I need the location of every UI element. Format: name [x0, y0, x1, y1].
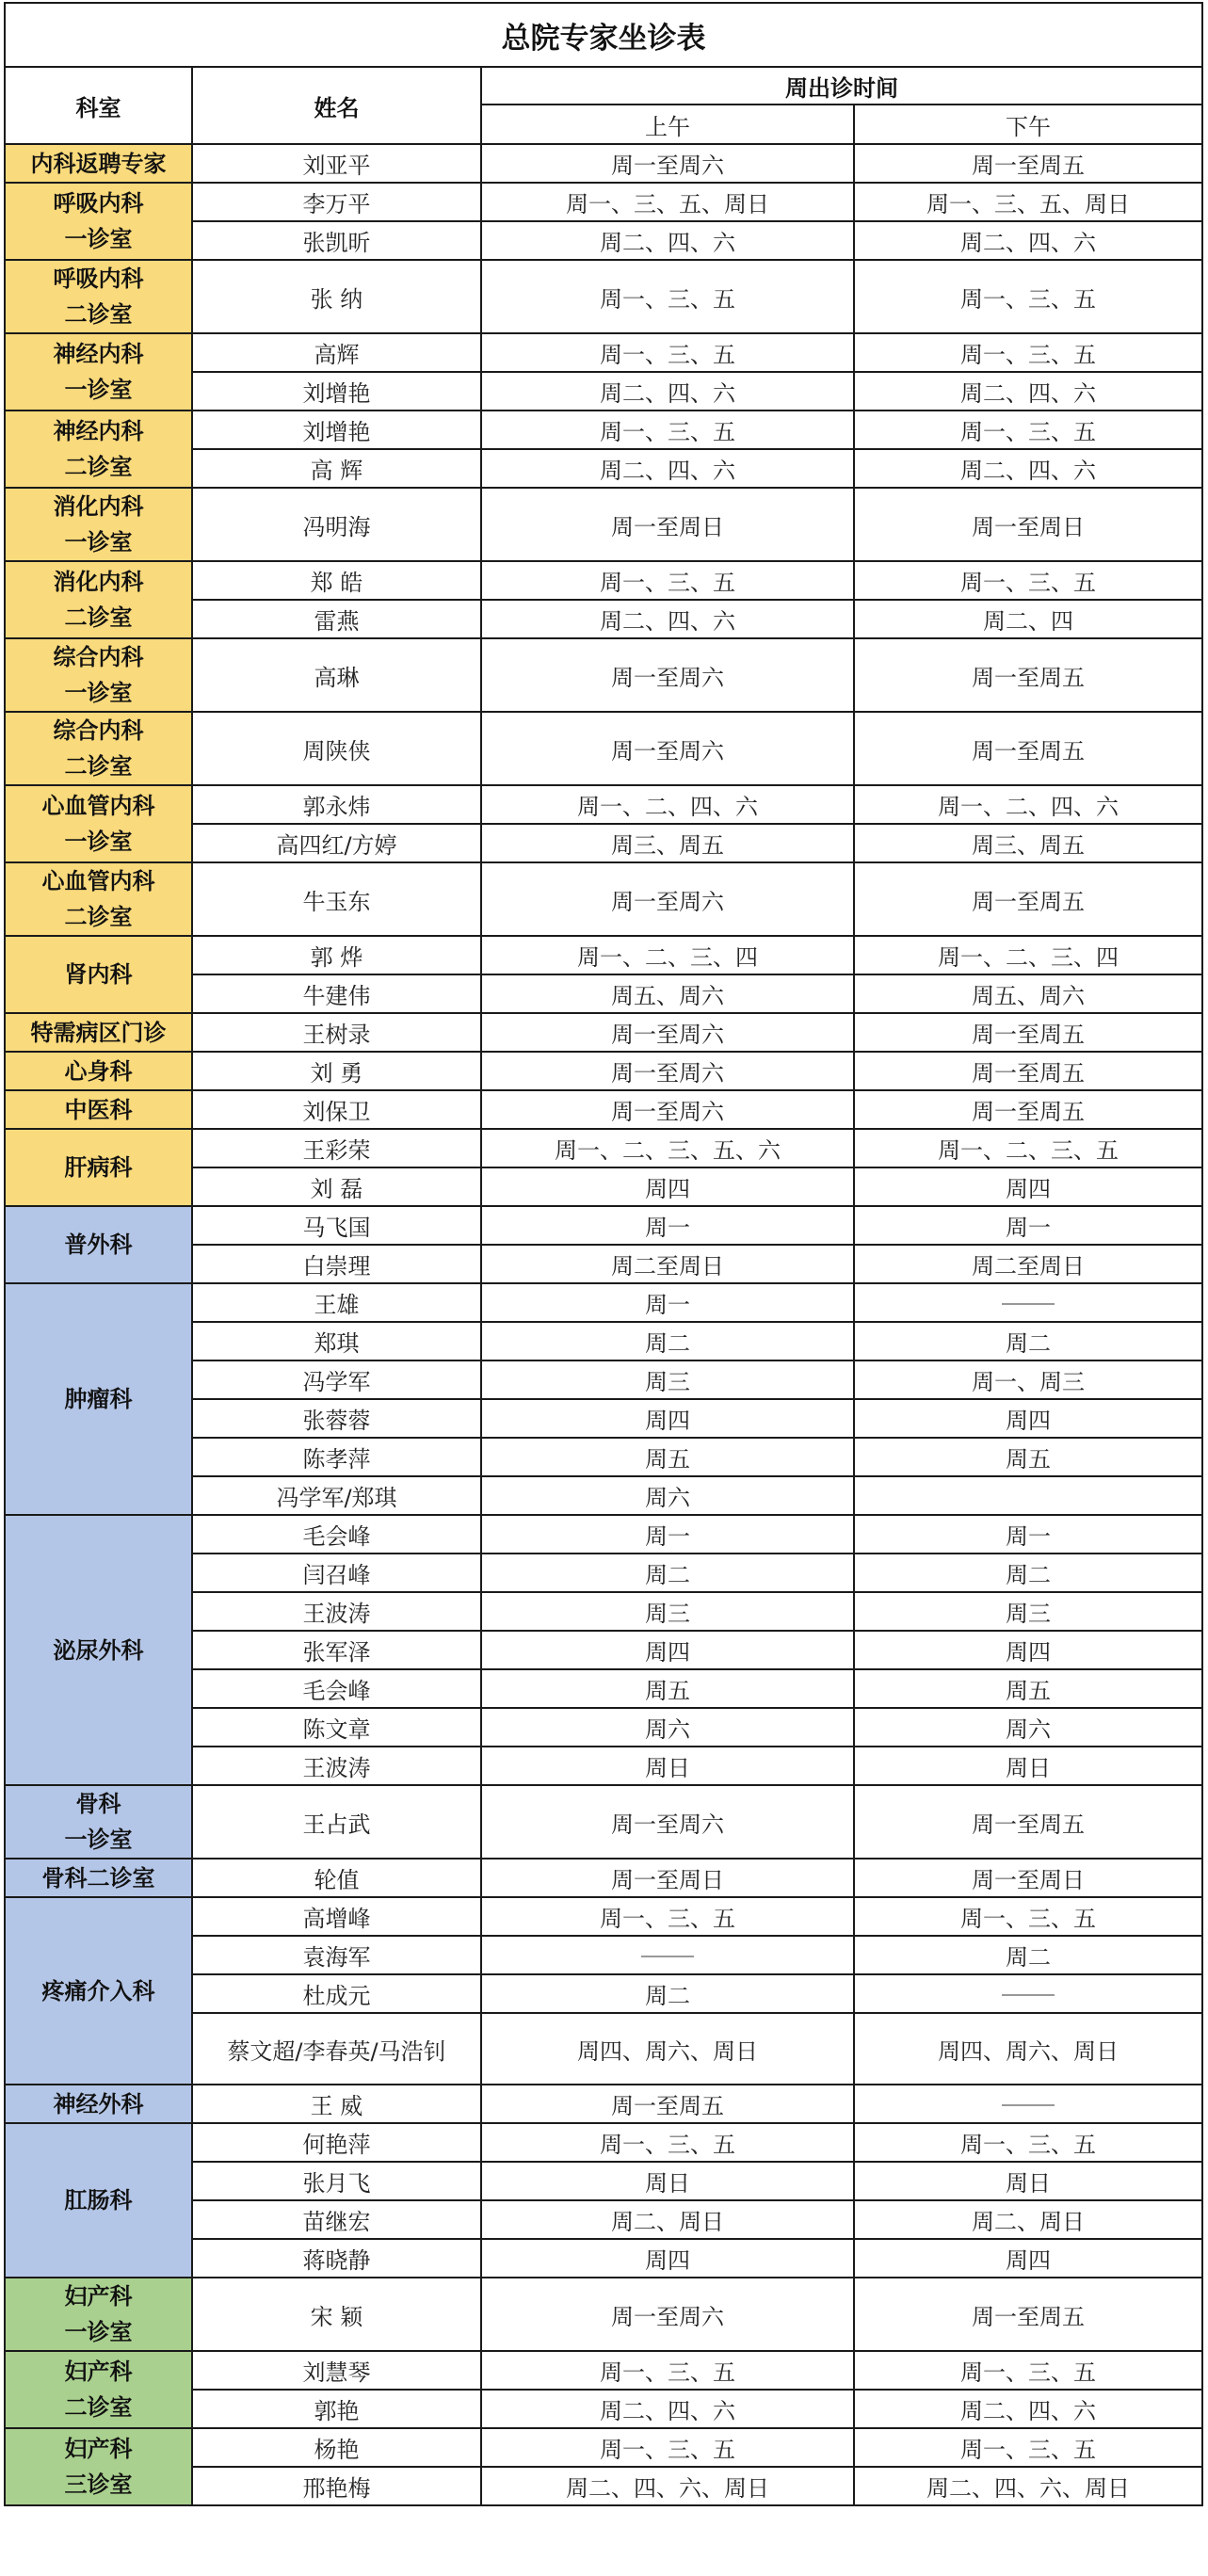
department-cell: 心血管内科一诊室	[5, 785, 192, 862]
afternoon-schedule-cell: 周一、三、五	[854, 260, 1202, 333]
morning-schedule-cell: 周一至周六	[481, 1013, 854, 1052]
afternoon-schedule-cell: 周一、二、四、六	[854, 785, 1202, 824]
doctor-name-cell: 陈文章	[192, 1708, 481, 1747]
table-row: 肿瘤科王雄周一	[5, 1283, 1202, 1322]
table-row: 妇产科三诊室杨艳周一、三、五周一、三、五	[5, 2428, 1202, 2467]
header-afternoon: 下午	[854, 105, 1202, 144]
department-label-line: 妇产科	[6, 2278, 191, 2314]
department-cell: 心身科	[5, 1052, 192, 1090]
table-row: 心身科刘 勇周一至周六周一至周五	[5, 1052, 1202, 1090]
table-row: 神经内科一诊室高辉周一、三、五周一、三、五	[5, 333, 1202, 372]
table-row: 心血管内科二诊室牛玉东周一至周六周一至周五	[5, 862, 1202, 936]
table-row: 综合内科二诊室周陕侠周一至周六周一至周五	[5, 712, 1202, 785]
department-cell: 消化内科一诊室	[5, 488, 192, 561]
department-label-line: 泌尿外科	[6, 1633, 191, 1668]
header-weekly-schedule: 周出诊时间	[481, 67, 1202, 105]
afternoon-schedule-cell: 周六	[854, 1708, 1202, 1747]
afternoon-schedule-cell: 周一	[854, 1206, 1202, 1245]
morning-schedule-cell: 周一至周六	[481, 1052, 854, 1090]
afternoon-schedule-cell: 周二、四、六	[854, 2390, 1202, 2428]
doctor-name-cell: 闫召峰	[192, 1554, 481, 1592]
department-cell: 呼吸内科一诊室	[5, 183, 192, 260]
afternoon-schedule-cell: 周一、三、五、周日	[854, 183, 1202, 221]
department-label-line: 一诊室	[6, 1822, 191, 1858]
afternoon-schedule-cell: 周一、三、五	[854, 2351, 1202, 2390]
morning-schedule-cell: 周四、周六、周日	[481, 2013, 854, 2085]
morning-schedule-cell: 周二、四、六	[481, 449, 854, 488]
doctor-name-cell: 高四红/方婷	[192, 824, 481, 862]
expert-schedule-table: 总院专家坐诊表 科室 姓名 周出诊时间 上午 下午 内科返聘专家刘亚平周一至周六…	[4, 2, 1203, 2506]
table-row: 肾内科郭 烨周一、二、三、四周一、二、三、四	[5, 936, 1202, 974]
department-cell: 综合内科二诊室	[5, 712, 192, 785]
department-label-line: 疼痛介入科	[6, 1973, 191, 2009]
department-cell: 综合内科一诊室	[5, 638, 192, 712]
morning-schedule-cell: 周四	[481, 1167, 854, 1206]
doctor-name-cell: 王树录	[192, 1013, 481, 1052]
department-label-line: 骨科二诊室	[6, 1860, 191, 1896]
doctor-name-cell: 邢艳梅	[192, 2467, 481, 2505]
afternoon-schedule-cell: 周一	[854, 1515, 1202, 1554]
morning-schedule-cell: 周一、三、五	[481, 333, 854, 372]
department-cell: 妇产科三诊室	[5, 2428, 192, 2505]
department-cell: 普外科	[5, 1206, 192, 1283]
doctor-name-cell: 何艳萍	[192, 2123, 481, 2162]
department-label-line: 二诊室	[6, 2390, 191, 2425]
afternoon-schedule-cell: 周二	[854, 1322, 1202, 1360]
doctor-name-cell: 蒋晓静	[192, 2239, 481, 2278]
doctor-name-cell: 刘慧琴	[192, 2351, 481, 2390]
department-label-line: 二诊室	[6, 449, 191, 485]
doctor-name-cell: 郭 烨	[192, 936, 481, 974]
morning-schedule-cell: 周二、四、六	[481, 600, 854, 638]
morning-schedule-cell: 周三	[481, 1360, 854, 1399]
morning-schedule-cell: 周一、三、五	[481, 2123, 854, 2162]
doctor-name-cell: 张月飞	[192, 2162, 481, 2200]
doctor-name-cell: 马飞国	[192, 1206, 481, 1245]
department-label-line: 神经内科	[6, 413, 191, 449]
department-cell: 神经内科一诊室	[5, 333, 192, 411]
table-row: 综合内科一诊室高琳周一至周六周一至周五	[5, 638, 1202, 712]
afternoon-schedule-cell: 周一、三、五	[854, 2428, 1202, 2467]
department-label-line: 呼吸内科	[6, 185, 191, 221]
afternoon-schedule-cell: 周二	[854, 1554, 1202, 1592]
morning-schedule-cell: 周一至周六	[481, 862, 854, 936]
doctor-name-cell: 郑 皓	[192, 561, 481, 600]
afternoon-schedule-cell: 周三	[854, 1592, 1202, 1631]
morning-schedule-cell: 周一至周六	[481, 144, 854, 183]
department-label-line: 心身科	[6, 1054, 191, 1089]
table-row: 普外科马飞国周一周一	[5, 1206, 1202, 1245]
doctor-name-cell: 杜成元	[192, 1974, 481, 2013]
doctor-name-cell: 张凯昕	[192, 221, 481, 260]
afternoon-schedule-cell: 周五	[854, 1669, 1202, 1708]
department-cell: 骨科一诊室	[5, 1785, 192, 1859]
department-cell: 消化内科二诊室	[5, 561, 192, 638]
afternoon-schedule-cell: 周一、三、五	[854, 411, 1202, 449]
morning-schedule-cell: 周三	[481, 1592, 854, 1631]
afternoon-schedule-cell: 周四	[854, 2239, 1202, 2278]
afternoon-schedule-cell: 周日	[854, 2162, 1202, 2200]
department-cell: 妇产科一诊室	[5, 2278, 192, 2351]
morning-schedule-cell: 周日	[481, 2162, 854, 2200]
morning-schedule-cell: 周一至周日	[481, 1859, 854, 1897]
table-row: 妇产科一诊室宋 颖周一至周六周一至周五	[5, 2278, 1202, 2351]
department-label-line: 一诊室	[6, 221, 191, 257]
department-label-line: 二诊室	[6, 899, 191, 935]
morning-schedule-cell: 周一	[481, 1206, 854, 1245]
afternoon-schedule-cell: 周一至周五	[854, 1052, 1202, 1090]
table-row: 疼痛介入科高增峰周一、三、五周一、三、五	[5, 1897, 1202, 1936]
doctor-name-cell: 牛建伟	[192, 974, 481, 1013]
doctor-name-cell: 周陕侠	[192, 712, 481, 785]
afternoon-schedule-cell: 周一、三、五	[854, 561, 1202, 600]
afternoon-schedule-cell	[854, 1974, 1202, 2013]
table-row: 呼吸内科二诊室张 纳周一、三、五周一、三、五	[5, 260, 1202, 333]
doctor-name-cell: 高辉	[192, 333, 481, 372]
afternoon-schedule-cell: 周一至周五	[854, 1013, 1202, 1052]
department-cell: 骨科二诊室	[5, 1859, 192, 1897]
doctor-name-cell: 冯明海	[192, 488, 481, 561]
no-session-dash	[1002, 1994, 1055, 1996]
afternoon-schedule-cell	[854, 1476, 1202, 1515]
morning-schedule-cell: 周一、三、五	[481, 561, 854, 600]
table-row: 骨科二诊室轮值周一至周日周一至周日	[5, 1859, 1202, 1897]
table-title: 总院专家坐诊表	[5, 3, 1202, 67]
table-row: 内科返聘专家刘亚平周一至周六周一至周五	[5, 144, 1202, 183]
afternoon-schedule-cell: 周一至周五	[854, 1090, 1202, 1129]
doctor-name-cell: 白崇理	[192, 1245, 481, 1283]
table-row: 心血管内科一诊室郭永炜周一、二、四、六周一、二、四、六	[5, 785, 1202, 824]
table-row: 肛肠科何艳萍周一、三、五周一、三、五	[5, 2123, 1202, 2162]
department-cell: 特需病区门诊	[5, 1013, 192, 1052]
morning-schedule-cell: 周一至周六	[481, 1785, 854, 1859]
morning-schedule-cell: 周一、三、五	[481, 260, 854, 333]
department-label-line: 一诊室	[6, 824, 191, 860]
department-label-line: 一诊室	[6, 675, 191, 711]
morning-schedule-cell: 周二	[481, 1554, 854, 1592]
doctor-name-cell: 陈孝萍	[192, 1438, 481, 1476]
doctor-name-cell: 张蓉蓉	[192, 1399, 481, 1438]
morning-schedule-cell: 周二	[481, 1974, 854, 2013]
doctor-name-cell: 刘亚平	[192, 144, 481, 183]
department-cell: 肛肠科	[5, 2123, 192, 2278]
morning-schedule-cell: 周一、二、三、四	[481, 936, 854, 974]
doctor-name-cell: 李万平	[192, 183, 481, 221]
morning-schedule-cell: 周二、四、六	[481, 2390, 854, 2428]
afternoon-schedule-cell: 周一至周五	[854, 1785, 1202, 1859]
morning-schedule-cell: 周二、四、六、周日	[481, 2467, 854, 2505]
afternoon-schedule-cell: 周二、四	[854, 600, 1202, 638]
department-cell: 肾内科	[5, 936, 192, 1013]
department-label-line: 二诊室	[6, 600, 191, 636]
department-cell: 肿瘤科	[5, 1283, 192, 1515]
department-cell: 呼吸内科二诊室	[5, 260, 192, 333]
table-row: 特需病区门诊王树录周一至周六周一至周五	[5, 1013, 1202, 1052]
afternoon-schedule-cell: 周二、四、六	[854, 449, 1202, 488]
doctor-name-cell: 高 辉	[192, 449, 481, 488]
doctor-name-cell: 王波涛	[192, 1747, 481, 1785]
department-label-line: 综合内科	[6, 713, 191, 749]
schedule-body: 内科返聘专家刘亚平周一至周六周一至周五呼吸内科一诊室李万平周一、三、五、周日周一…	[5, 144, 1202, 2505]
department-cell: 中医科	[5, 1090, 192, 1129]
morning-schedule-cell: 周一	[481, 1515, 854, 1554]
afternoon-schedule-cell: 周一至周日	[854, 1859, 1202, 1897]
department-label-line: 一诊室	[6, 2314, 191, 2350]
department-label-line: 肾内科	[6, 957, 191, 992]
department-label-line: 消化内科	[6, 489, 191, 524]
morning-schedule-cell: 周四	[481, 2239, 854, 2278]
afternoon-schedule-cell: 周二、四、六	[854, 372, 1202, 411]
morning-schedule-cell: 周一、三、五	[481, 2351, 854, 2390]
doctor-name-cell: 郑琪	[192, 1322, 481, 1360]
department-label-line: 二诊室	[6, 749, 191, 784]
doctor-name-cell: 王彩荣	[192, 1129, 481, 1167]
header-department: 科室	[5, 67, 192, 144]
doctor-name-cell: 王雄	[192, 1283, 481, 1322]
table-row: 神经外科王 威周一至周五	[5, 2085, 1202, 2123]
department-label-line: 普外科	[6, 1227, 191, 1263]
afternoon-schedule-cell: 周日	[854, 1747, 1202, 1785]
afternoon-schedule-cell: 周一至周五	[854, 862, 1202, 936]
doctor-name-cell: 张 纳	[192, 260, 481, 333]
header-morning: 上午	[481, 105, 854, 144]
morning-schedule-cell: 周二、周日	[481, 2200, 854, 2239]
department-label-line: 一诊室	[6, 524, 191, 560]
table-row: 呼吸内科一诊室李万平周一、三、五、周日周一、三、五、周日	[5, 183, 1202, 221]
doctor-name-cell: 高增峰	[192, 1897, 481, 1936]
morning-schedule-cell: 周一、二、三、五、六	[481, 1129, 854, 1167]
department-label-line: 肛肠科	[6, 2182, 191, 2218]
afternoon-schedule-cell	[854, 2085, 1202, 2123]
afternoon-schedule-cell: 周一、三、五	[854, 1897, 1202, 1936]
doctor-name-cell: 刘增艳	[192, 411, 481, 449]
afternoon-schedule-cell: 周三、周五	[854, 824, 1202, 862]
department-cell: 内科返聘专家	[5, 144, 192, 183]
afternoon-schedule-cell: 周一、周三	[854, 1360, 1202, 1399]
doctor-name-cell: 王 威	[192, 2085, 481, 2123]
morning-schedule-cell: 周五、周六	[481, 974, 854, 1013]
department-cell: 心血管内科二诊室	[5, 862, 192, 936]
afternoon-schedule-cell: 周一、二、三、四	[854, 936, 1202, 974]
department-label-line: 神经外科	[6, 2086, 191, 2122]
table-row: 肝病科王彩荣周一、二、三、五、六周一、二、三、五	[5, 1129, 1202, 1167]
afternoon-schedule-cell: 周一至周五	[854, 638, 1202, 712]
department-label-line: 三诊室	[6, 2467, 191, 2503]
doctor-name-cell: 宋 颖	[192, 2278, 481, 2351]
afternoon-schedule-cell: 周二、周日	[854, 2200, 1202, 2239]
table-row: 妇产科二诊室刘慧琴周一、三、五周一、三、五	[5, 2351, 1202, 2390]
morning-schedule-cell: 周日	[481, 1747, 854, 1785]
morning-schedule-cell: 周六	[481, 1476, 854, 1515]
afternoon-schedule-cell: 周一至周五	[854, 144, 1202, 183]
afternoon-schedule-cell: 周五、周六	[854, 974, 1202, 1013]
doctor-name-cell: 高琳	[192, 638, 481, 712]
doctor-name-cell: 毛会峰	[192, 1669, 481, 1708]
department-label-line: 肿瘤科	[6, 1381, 191, 1417]
afternoon-schedule-cell: 周四	[854, 1399, 1202, 1438]
department-cell: 泌尿外科	[5, 1515, 192, 1785]
doctor-name-cell: 苗继宏	[192, 2200, 481, 2239]
department-label-line: 中医科	[6, 1092, 191, 1128]
doctor-name-cell: 张军泽	[192, 1631, 481, 1669]
doctor-name-cell: 王波涛	[192, 1592, 481, 1631]
morning-schedule-cell: 周一、二、四、六	[481, 785, 854, 824]
no-session-dash	[641, 1956, 694, 1957]
department-cell: 神经外科	[5, 2085, 192, 2123]
department-label-line: 心血管内科	[6, 788, 191, 824]
morning-schedule-cell: 周一至周五	[481, 2085, 854, 2123]
doctor-name-cell: 轮值	[192, 1859, 481, 1897]
morning-schedule-cell: 周二、四、六	[481, 372, 854, 411]
afternoon-schedule-cell: 周一、三、五	[854, 333, 1202, 372]
afternoon-schedule-cell: 周二、四、六	[854, 221, 1202, 260]
doctor-name-cell: 刘 勇	[192, 1052, 481, 1090]
no-session-dash	[1002, 1303, 1055, 1305]
morning-schedule-cell: 周一至周六	[481, 712, 854, 785]
morning-schedule-cell: 周一、三、五	[481, 1897, 854, 1936]
department-label-line: 呼吸内科	[6, 261, 191, 297]
department-label-line: 神经内科	[6, 336, 191, 372]
header-name: 姓名	[192, 67, 481, 144]
department-cell: 疼痛介入科	[5, 1897, 192, 2085]
morning-schedule-cell: 周四	[481, 1631, 854, 1669]
doctor-name-cell: 蔡文超/李春英/马浩钊	[192, 2013, 481, 2085]
morning-schedule-cell: 周一至周六	[481, 638, 854, 712]
department-label-line: 消化内科	[6, 564, 191, 600]
department-label-line: 肝病科	[6, 1150, 191, 1185]
afternoon-schedule-cell: 周二、四、六、周日	[854, 2467, 1202, 2505]
doctor-name-cell: 雷燕	[192, 600, 481, 638]
department-cell: 神经内科二诊室	[5, 411, 192, 488]
afternoon-schedule-cell: 周四	[854, 1167, 1202, 1206]
afternoon-schedule-cell	[854, 1283, 1202, 1322]
table-row: 消化内科二诊室郑 皓周一、三、五周一、三、五	[5, 561, 1202, 600]
doctor-name-cell: 毛会峰	[192, 1515, 481, 1554]
doctor-name-cell: 刘保卫	[192, 1090, 481, 1129]
morning-schedule-cell	[481, 1936, 854, 1974]
morning-schedule-cell: 周三、周五	[481, 824, 854, 862]
doctor-name-cell: 杨艳	[192, 2428, 481, 2467]
department-cell: 妇产科二诊室	[5, 2351, 192, 2428]
morning-schedule-cell: 周一、三、五、周日	[481, 183, 854, 221]
morning-schedule-cell: 周五	[481, 1438, 854, 1476]
doctor-name-cell: 王占武	[192, 1785, 481, 1859]
table-row: 消化内科一诊室冯明海周一至周日周一至周日	[5, 488, 1202, 561]
afternoon-schedule-cell: 周一、二、三、五	[854, 1129, 1202, 1167]
doctor-name-cell: 冯学军	[192, 1360, 481, 1399]
afternoon-schedule-cell: 周二	[854, 1936, 1202, 1974]
afternoon-schedule-cell: 周四、周六、周日	[854, 2013, 1202, 2085]
afternoon-schedule-cell: 周一、三、五	[854, 2123, 1202, 2162]
morning-schedule-cell: 周五	[481, 1669, 854, 1708]
afternoon-schedule-cell: 周四	[854, 1631, 1202, 1669]
table-row: 中医科刘保卫周一至周六周一至周五	[5, 1090, 1202, 1129]
department-label-line: 心血管内科	[6, 863, 191, 899]
morning-schedule-cell: 周六	[481, 1708, 854, 1747]
doctor-name-cell: 牛玉东	[192, 862, 481, 936]
afternoon-schedule-cell: 周一至周五	[854, 2278, 1202, 2351]
doctor-name-cell: 刘增艳	[192, 372, 481, 411]
doctor-name-cell: 郭永炜	[192, 785, 481, 824]
table-row: 泌尿外科毛会峰周一周一	[5, 1515, 1202, 1554]
morning-schedule-cell: 周一至周六	[481, 1090, 854, 1129]
department-label-line: 妇产科	[6, 2354, 191, 2390]
doctor-name-cell: 刘 磊	[192, 1167, 481, 1206]
doctor-name-cell: 袁海军	[192, 1936, 481, 1974]
afternoon-schedule-cell: 周一至周五	[854, 712, 1202, 785]
morning-schedule-cell: 周一、三、五	[481, 411, 854, 449]
afternoon-schedule-cell: 周一至周日	[854, 488, 1202, 561]
morning-schedule-cell: 周一至周六	[481, 2278, 854, 2351]
morning-schedule-cell: 周一至周日	[481, 488, 854, 561]
department-label-line: 特需病区门诊	[6, 1015, 191, 1051]
afternoon-schedule-cell: 周五	[854, 1438, 1202, 1476]
department-label-line: 综合内科	[6, 639, 191, 675]
morning-schedule-cell: 周一	[481, 1283, 854, 1322]
doctor-name-cell: 冯学军/郑琪	[192, 1476, 481, 1515]
department-label-line: 内科返聘专家	[6, 146, 191, 182]
morning-schedule-cell: 周二至周日	[481, 1245, 854, 1283]
doctor-name-cell: 郭艳	[192, 2390, 481, 2428]
morning-schedule-cell: 周二	[481, 1322, 854, 1360]
department-label-line: 妇产科	[6, 2431, 191, 2467]
morning-schedule-cell: 周一、三、五	[481, 2428, 854, 2467]
table-row: 神经内科二诊室刘增艳周一、三、五周一、三、五	[5, 411, 1202, 449]
department-cell: 肝病科	[5, 1129, 192, 1206]
schedule-document: 总院专家坐诊表 科室 姓名 周出诊时间 上午 下午 内科返聘专家刘亚平周一至周六…	[4, 2, 1201, 2506]
morning-schedule-cell: 周四	[481, 1399, 854, 1438]
department-label-line: 一诊室	[6, 372, 191, 408]
department-label-line: 二诊室	[6, 297, 191, 332]
table-row: 骨科一诊室王占武周一至周六周一至周五	[5, 1785, 1202, 1859]
morning-schedule-cell: 周二、四、六	[481, 221, 854, 260]
department-label-line: 骨科	[6, 1786, 191, 1822]
no-session-dash	[1002, 2104, 1055, 2106]
afternoon-schedule-cell: 周二至周日	[854, 1245, 1202, 1283]
